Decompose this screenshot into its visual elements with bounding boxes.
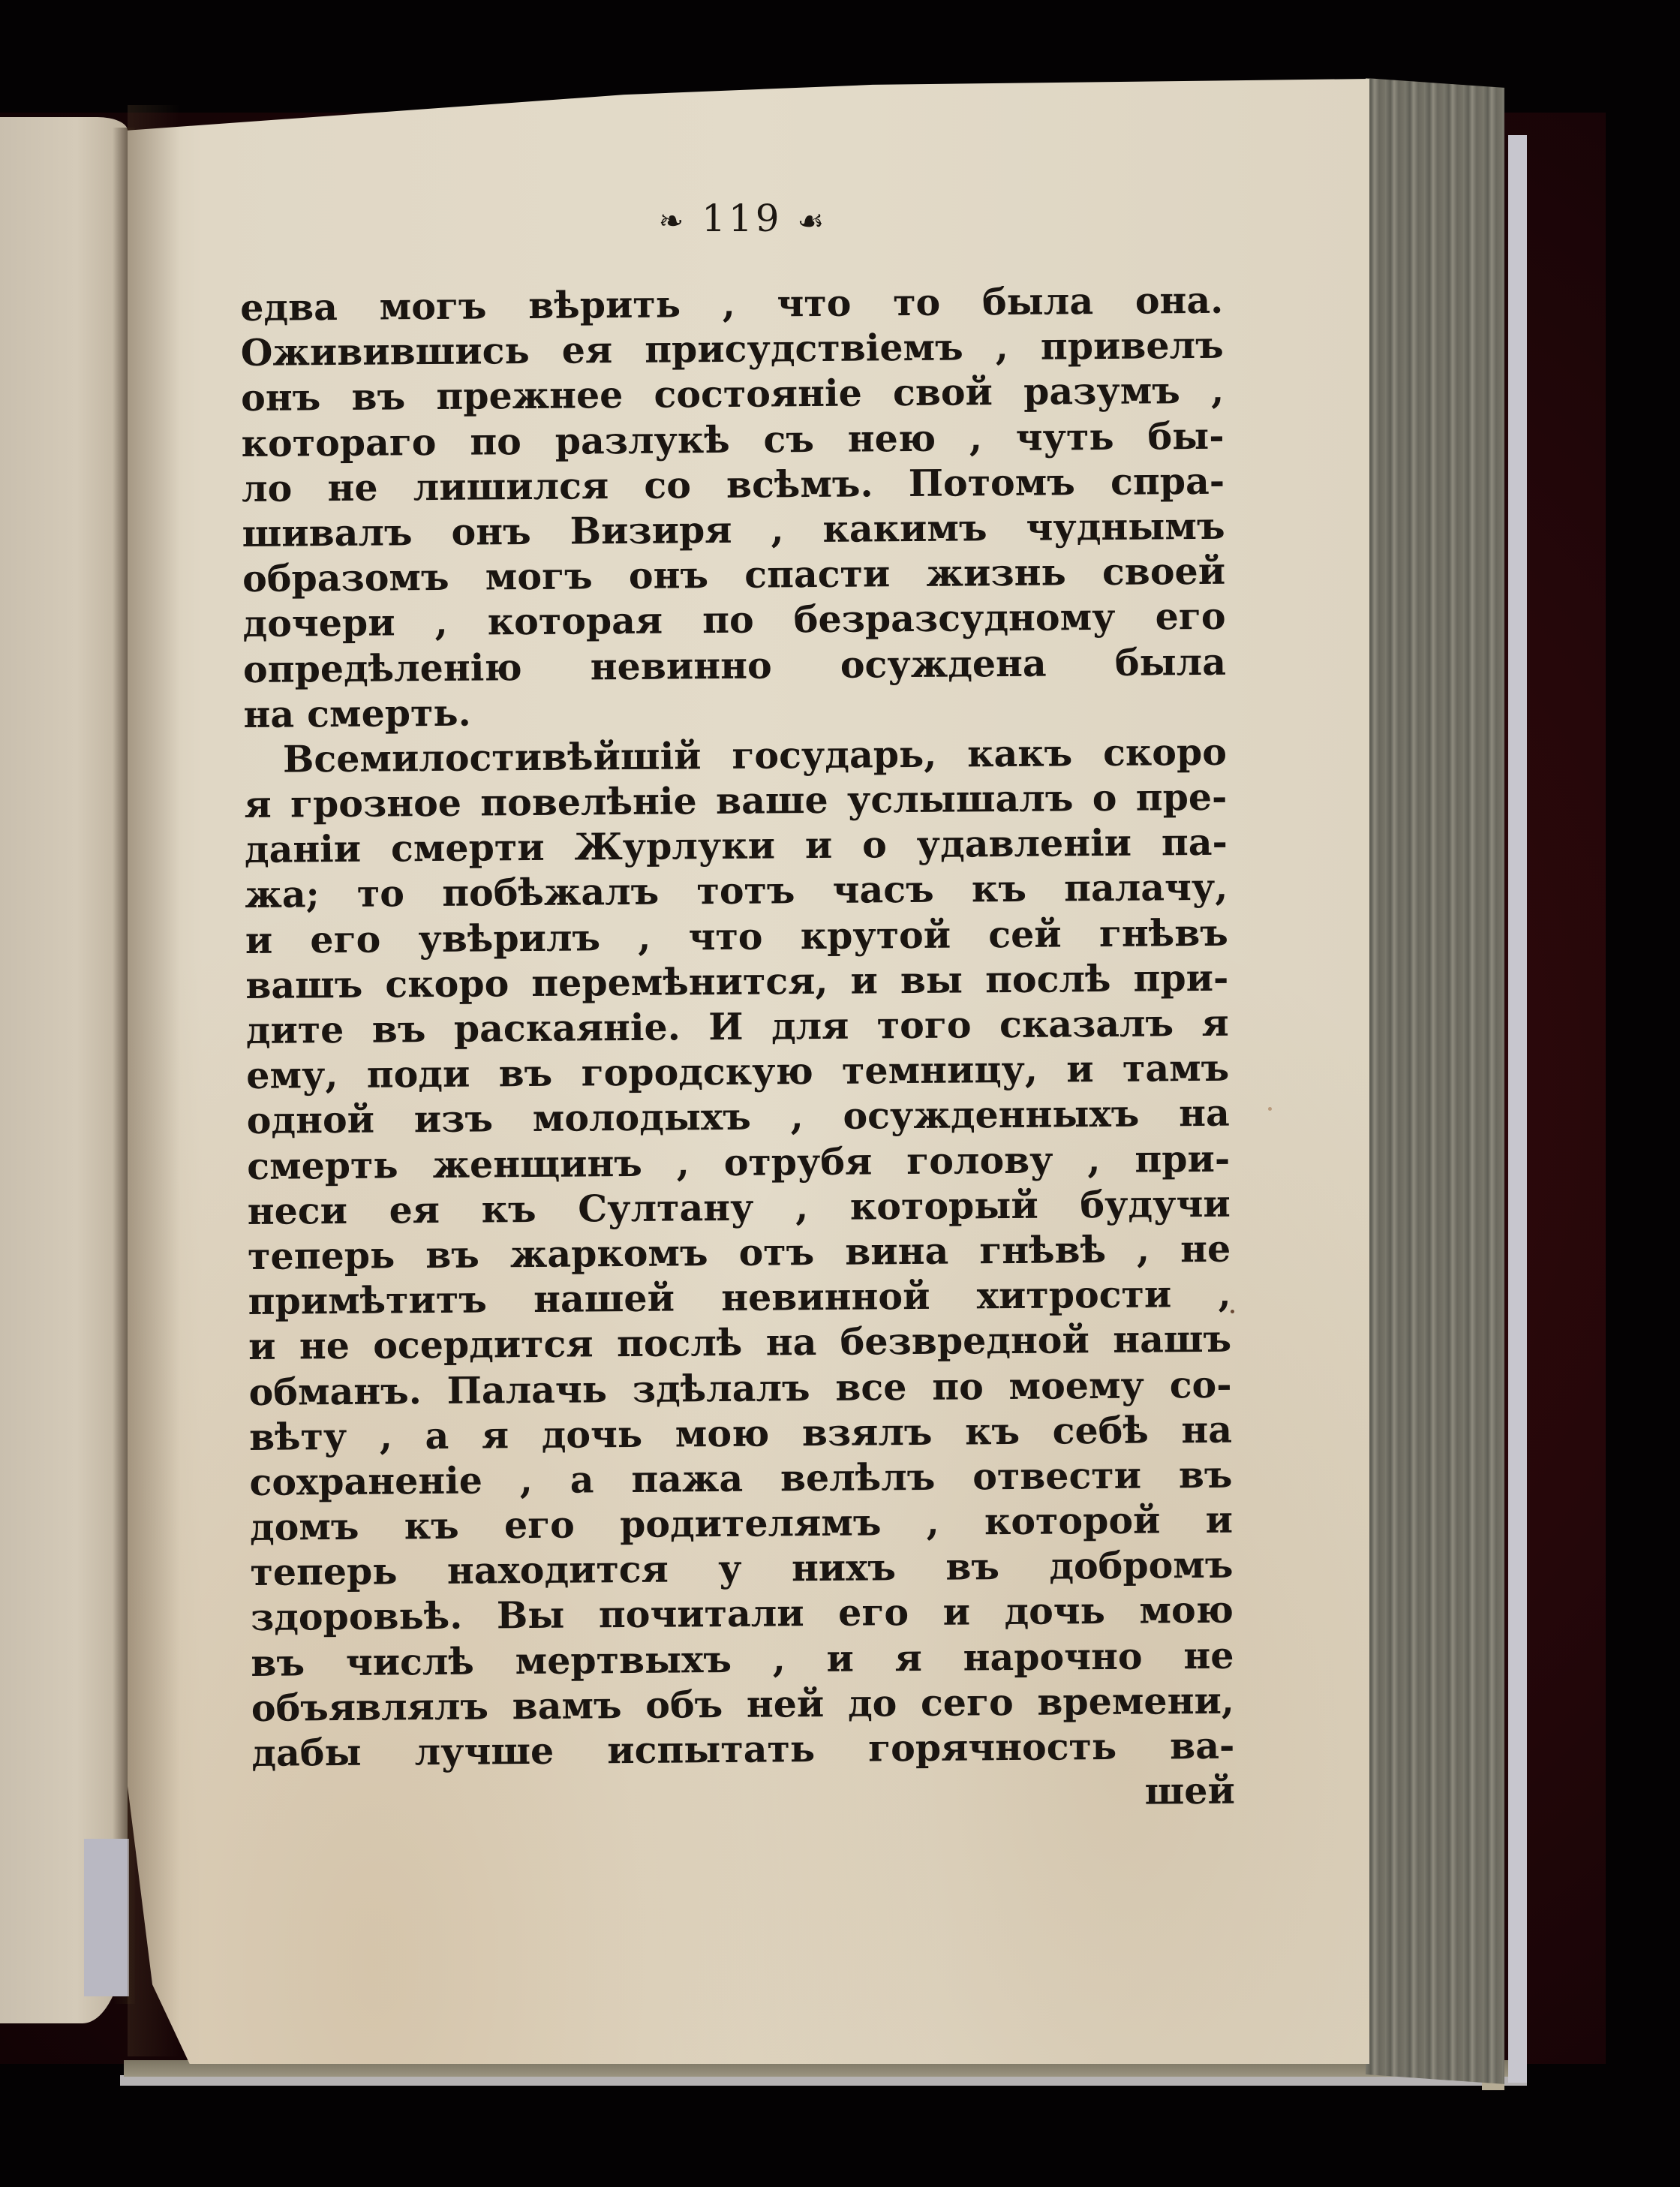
text-line: ему, поди въ городскую темницу, и тамъ (246, 1045, 1229, 1098)
text-line: образомъ могъ онъ спасти жизнь своей (242, 549, 1225, 601)
text-line: на смерть. (243, 684, 1226, 736)
text-line: неси ея къ Султану , который будучи (247, 1181, 1230, 1233)
text-line: здоровьѣ. Вы почитали его и дочь мою (251, 1587, 1234, 1640)
text-line: онъ въ прежнее состояніе свой разумъ , (241, 368, 1224, 420)
text-line: теперь въ жаркомъ отъ вина гнѣвѣ , не (248, 1226, 1231, 1279)
ornament-left-icon: ❧ (659, 204, 687, 239)
fore-edge-pages (1366, 78, 1504, 2084)
text-line: объявлялъ вамъ объ ней до сего времени, (251, 1677, 1234, 1730)
text-line: дочери , которая по безразсудному его (242, 594, 1225, 646)
text-line: вашъ скоро перемѣнится, и вы послѣ при- (245, 955, 1228, 1007)
text-line: дите въ раскаяніе. И для того сказалъ я (246, 1000, 1229, 1053)
text-line: шей (252, 1768, 1235, 1821)
text-line: шивалъ онъ Визиря , какимъ чуднымъ (242, 504, 1225, 556)
text-line: опредѣленію невинно осуждена была (243, 639, 1226, 691)
paper-slip-right (1508, 135, 1527, 2083)
left-facing-page (0, 117, 128, 2023)
text-line: Оживившись ея присудствіемъ , привелъ (240, 323, 1223, 375)
page-gutter-shade (128, 105, 180, 2056)
text-line: и его увѣрилъ , что крутой сей гнѣвъ (245, 910, 1228, 962)
text-line: котораго по разлукѣ съ нею , чуть бы- (241, 413, 1224, 465)
paper-slip (84, 1839, 129, 1996)
page-number: 119 (702, 197, 782, 240)
text-line: сохраненіе , а пажа велѣлъ отвести въ (249, 1452, 1232, 1505)
text-line: едва могъ вѣрить , что то была она. (240, 278, 1223, 330)
text-line: я грозное повелѣніе ваше услышалъ о пре- (244, 775, 1227, 827)
text-line: даніи смерти Журлуки и о удавленіи па- (245, 820, 1228, 872)
bottom-paper-slip (120, 2075, 1527, 2086)
text-line: примѣтитъ нашей невинной хитрости , (248, 1271, 1231, 1324)
text-line: теперь находится у нихъ въ добромъ (250, 1542, 1233, 1595)
text-line: вѣту , а я дочь мою взялъ къ себѣ на (249, 1406, 1232, 1459)
text-line: Всемилостивѣйшій государь, какъ скоро (244, 730, 1227, 782)
page-header: ❧ 119 ☙ (585, 197, 900, 240)
text-line: домъ къ его родителямъ , которой и (250, 1497, 1233, 1550)
paper-speck (1268, 1107, 1272, 1111)
text-line: обманъ. Палачь здѣлалъ все по моему со- (248, 1361, 1231, 1414)
text-line: и не осердится послѣ на безвредной нашъ (248, 1316, 1231, 1369)
page-body-text: едва могъ вѣрить , что то была она.Оживи… (240, 278, 1235, 1821)
text-line: ло не лишился со всѣмъ. Потомъ спра- (242, 458, 1225, 510)
ornament-right-icon: ☙ (797, 204, 827, 239)
text-line: смерть женщинъ , отрубя голову , при- (247, 1136, 1230, 1188)
text-line: въ числѣ мертвыхъ , и я нарочно не (251, 1632, 1234, 1685)
text-line: жа; то побѣжалъ тотъ часъ къ палачу, (245, 865, 1228, 917)
text-line: дабы лучше испытать горячность ва- (251, 1723, 1234, 1776)
text-line: одной изъ молодыхъ , осужденныхъ на (247, 1090, 1230, 1143)
